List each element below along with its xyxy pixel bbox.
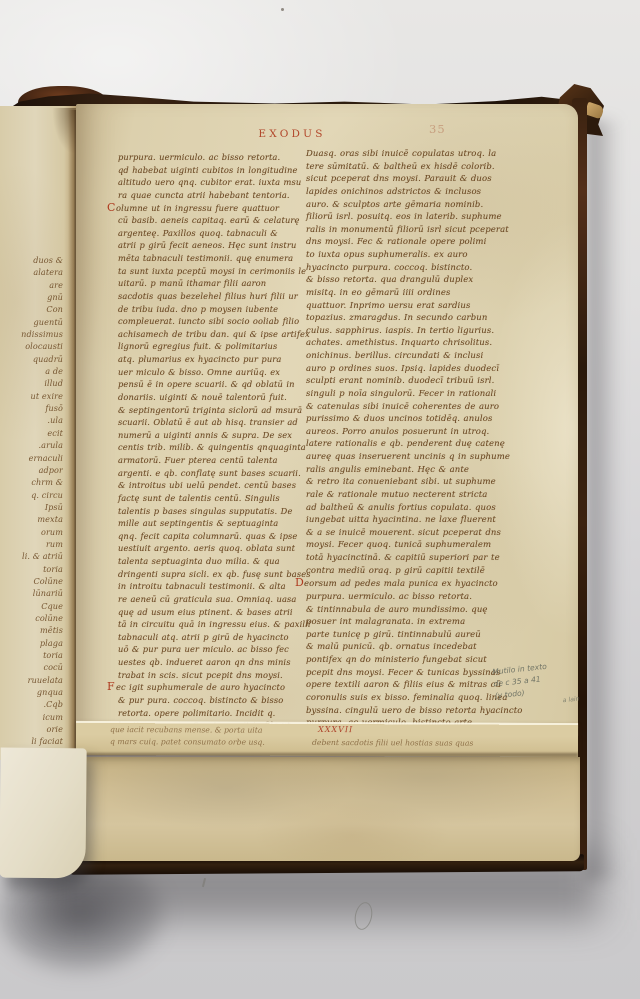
manuscript-line: centis trib. milib. & quingentis qnquagi… (118, 441, 322, 454)
line-text: & catenulas sibi inuicē coherentes de au… (306, 402, 499, 412)
line-text: hyacincto purpura. coccoq. bistincto. (306, 263, 472, 273)
line-text: sacdotis quas bezelehel filius huri fili… (118, 291, 298, 301)
line-text: compleuerat. iuncto sibi socio ooliab fi… (118, 316, 299, 326)
line-text: onichinus. berillus. circundati & inclus… (306, 351, 483, 361)
line-text: byssina. cingulū uero de bisso retorta h… (306, 706, 523, 716)
manuscript-line: & retro ita conueniebant sibi. ut suphum… (306, 476, 556, 489)
line-text: & pur pura. coccoq. bistincto & bisso (118, 695, 283, 705)
line-text: purissimo & duos uncinos totidēq. anulos (306, 414, 492, 424)
manuscript-line: & bisso retorta. qua drangulū duplex (306, 274, 556, 287)
facing-line-fragment: gnū (0, 291, 63, 303)
manuscript-line: in introitu tabnaculi testimonii. & alta (118, 580, 322, 593)
manuscript-line: quę ad usum eius ptinent. & bases atrii (118, 606, 322, 619)
manuscript-line: tā in circuitu quā in ingressu eius. & p… (118, 618, 322, 631)
facing-line-fragment: fusō (0, 402, 63, 414)
line-text: culus. sapphirus. iaspis. In tertio ligu… (306, 326, 494, 336)
line-text: ra quae cuncta atrii habebant tentoria. (118, 190, 290, 200)
manuscript-line: topazius. zmaragdus. In secundo carbun (306, 312, 556, 325)
manuscript-line: armatorū. Fuer pterea centū talenta (118, 454, 322, 467)
line-text: & tintinnabula de auro mundissimo. quę (306, 605, 488, 615)
facing-line-fragment: q. circu (0, 489, 63, 501)
line-text: auro. & sculptos arte gēmaria nominib. (306, 200, 483, 210)
facing-page-corner (0, 748, 87, 879)
facing-line-fragment: li. & atriū (0, 550, 63, 562)
facing-line-fragment: mētis (0, 624, 63, 636)
line-text: quattuor. Inprimo uersu erat sardius (306, 301, 470, 311)
manuscript-line: compleuerat. iuncto sibi socio ooliab fi… (118, 315, 322, 328)
manuscript-line: uō & pur pura uer miculo. ac bisso fec (118, 643, 322, 656)
facing-line-fragment: a de (0, 365, 63, 377)
folded-page-bottom (74, 757, 580, 861)
line-text: singuli p noīa singulorū. Fecer in ratio… (306, 389, 496, 399)
line-text: re aeneū cū graticula sua. Omniaq. uasa (118, 594, 296, 604)
manuscript-line: purpura. uermiculo. ac bisso retorta. (306, 591, 556, 604)
facing-line-fragment: ruuelata (0, 674, 63, 686)
manuscript-line: achates. amethistus. Inquarto chrisolitu… (306, 337, 556, 350)
manuscript-line: ralis angulis eminebant. Hęc & ante (306, 464, 556, 477)
line-text: achisamech de tribu dan. qui & ipse arti… (118, 329, 310, 339)
manuscript-line: rale & rationale mutuo necterent stricta (306, 489, 556, 502)
manuscript-line: & septingentorū triginta siclorū ad msur… (118, 404, 322, 417)
text-column-right: Duasq. oras sibi inuicē copulatas utroq.… (306, 148, 556, 742)
line-text: atrii p girū fecit aeneos. Hęc sunt inst… (118, 240, 296, 250)
manuscript-line: & pur pura. coccoq. bistincto & bisso (118, 694, 322, 707)
manuscript-line: lignorū egregius fuit. & polimitarius (118, 340, 322, 353)
line-text: qnq. fecit capita columnarū. quas & ipse (118, 531, 297, 541)
manuscript-line: donariis. uiginti & nouē talentorū fuit. (118, 391, 322, 404)
manuscript-line: sculpti erant nominib. duodecī tribuū is… (306, 375, 556, 388)
manuscript-line: uer miculo & bisso. Omne auriūq. ex (118, 366, 322, 379)
line-text: filiorū isrl. posuitq. eos in laterib. s… (306, 212, 502, 222)
line-text: qd habebat uiginti cubitos in longitudin… (118, 165, 298, 175)
manuscript-line: quattuor. Inprimo uersu erat sardius (306, 300, 556, 313)
fold-text-line: q mars cuiq. patet consumato orbe usq. (110, 737, 265, 747)
facing-line-fragment: colūne (0, 612, 63, 624)
line-text: aureos. Porro anulos posuerunt in utroq. (306, 427, 489, 437)
manuscript-line: & introitus ubi uelū pendet. centū bases (118, 479, 322, 492)
line-text: pcepit dns moysi. Fecer & tunicas byssin… (306, 668, 500, 678)
facing-line-fragment: & chrm (0, 476, 63, 488)
manuscript-line: aureę quas inseruerent uncinis q in suph… (306, 451, 556, 464)
line-text: aureę quas inseruerent uncinis q in suph… (306, 452, 510, 462)
facing-line-fragment: cocū (0, 661, 63, 673)
facing-line-fragment: Colūne (0, 575, 63, 587)
line-text: coronulis suis ex bisso. feminalia quoq.… (306, 693, 508, 703)
manuscript-line: & malū punicū. qb. ornatus incedebat (306, 641, 556, 654)
facing-line-fragment: lūnariū (0, 587, 63, 599)
manuscript-line: purissimo & duos uncinos totidēq. anulos (306, 413, 556, 426)
line-text: posuer int malagranata. in extrema (306, 617, 465, 627)
line-text: & a se inuicē mouerent. sicut pceperat d… (306, 528, 501, 538)
facing-page-strip: & duosalateraaregnūConguentūndissimusolo… (0, 106, 78, 760)
rubric-initial: F (107, 681, 116, 694)
line-text: pontifex qn do ministerio fungebat sicut (306, 655, 487, 665)
manuscript-line: lapides onichinos adstrictos & inclusos (306, 186, 556, 199)
manuscript-line: trabat in scis. sicut pcepit dns moysi. (118, 669, 322, 682)
facing-line-fragment: Cque (0, 600, 63, 612)
line-text: uitarū. p manū ithamar filii aaron (118, 278, 266, 288)
manuscript-line: singuli p noīa singulorū. Fecer in ratio… (306, 388, 556, 401)
line-text: dringenti supra sicli. ex qb. fusę sunt … (118, 569, 311, 579)
line-text: quę ad usum eius ptinent. & bases atrii (118, 607, 293, 617)
line-text: tabnaculi atq. atrii p girū de hyacincto (118, 632, 289, 642)
facing-line-fragment: Con (0, 303, 63, 315)
line-text: olumne ut in ingressu fuere quattuor (116, 203, 279, 213)
manuscript-photo: & duosalateraaregnūConguentūndissimusolo… (0, 0, 640, 999)
line-text: lignorū egregius fuit. & polimitarius (118, 341, 277, 351)
manuscript-line: Deorsum ad pedes mala punica ex hyacinct… (306, 577, 556, 591)
line-text: auro p ordines suos. Ipsiq. lapides duod… (306, 364, 499, 374)
line-text: atq. plumarius ex hyacincto pur pura (118, 354, 281, 364)
manuscript-line: argenteę. Paxillos quoq. tabnaculi & (118, 227, 322, 240)
line-text: rale & rationale mutuo necterent stricta (306, 490, 487, 500)
facing-line-fragment: ernaculi (0, 452, 63, 464)
facing-line-fragment: ut exire (0, 390, 63, 402)
line-text: & retro ita conueniebant sibi. ut suphum… (306, 477, 496, 487)
dust-speck (281, 8, 284, 11)
line-text: ec igit suphumerale de auro hyacincto (116, 682, 285, 692)
folio-number: 35 (429, 122, 459, 136)
line-text: lapides onichinos adstrictos & inclusos (306, 187, 481, 197)
manuscript-line: re aeneū cū graticula sua. Omniaq. uasa (118, 593, 322, 606)
manuscript-line: de tribu iuda. dno p moysen iubente (118, 303, 322, 316)
manuscript-line: qnq. fecit capita columnarū. quas & ipse (118, 530, 322, 543)
manuscript-line: achisamech de tribu dan. qui & ipse arti… (118, 328, 322, 341)
manuscript-line: mille aut septingentis & septuaginta (118, 517, 322, 530)
manuscript-line: ta sunt iuxta pceptū moysi in cerimoniis… (118, 265, 322, 278)
line-text: eorsum ad pedes mala punica ex hyacincto (304, 579, 498, 589)
manuscript-line: auro p ordines suos. Ipsiq. lapides duod… (306, 363, 556, 376)
line-text: uestes qb. indueret aaron qn dns minis (118, 657, 291, 667)
line-text: topazius. zmaragdus. In secundo carbun (306, 313, 487, 323)
manuscript-line: parte tunicę p girū. tintinnabulū aureū (306, 629, 556, 642)
line-text: opere textili aaron & filiis eius & mitr… (306, 680, 501, 690)
facing-line-fragment: are (0, 279, 63, 291)
manuscript-line: tere sūmitatū. & baltheū ex hisdē colori… (306, 161, 556, 174)
manuscript-line: cū basib. aeneis capitaq. earū & celatur… (118, 214, 322, 227)
facing-line-fragment: plaga (0, 637, 63, 649)
facing-line-fragment: li faciat (0, 735, 63, 747)
line-text: Duasq. oras sibi inuicē copulatas utroq.… (306, 149, 496, 159)
manuscript-line: uestes qb. indueret aaron qn dns minis (118, 656, 322, 669)
manuscript-line: filiorū isrl. posuitq. eos in laterib. s… (306, 211, 556, 224)
line-text: altitudo uero qnq. cubitor erat. iuxta m… (118, 177, 301, 187)
facing-line-fragment: alatera (0, 266, 63, 278)
line-text: talentis p bases singulas supputatis. De (118, 506, 292, 516)
line-text: purpura. uermiculo. ac bisso retorta. (118, 152, 280, 162)
line-text: contra mediū oraq. p girū capitii textil… (306, 566, 485, 576)
manuscript-line: dringenti supra sicli. ex qb. fusę sunt … (118, 568, 322, 581)
manuscript-line: & catenulas sibi inuicē coherentes de au… (306, 401, 556, 414)
line-text: cū basib. aeneis capitaq. earū & celatur… (118, 215, 300, 225)
manuscript-line: ra quae cuncta atrii habebant tentoria. (118, 189, 322, 202)
line-text: armatorū. Fuer pterea centū talenta (118, 455, 278, 465)
facing-line-fragment: arula. (0, 439, 63, 451)
fold-text-line: que iacit recubans mense. & porta uita (110, 725, 262, 735)
manuscript-line: atrii p girū fecit aeneos. Hęc sunt inst… (118, 239, 322, 252)
manuscript-line: ralis in monumentū filiorū isrl sicut pc… (306, 224, 556, 237)
manuscript-line: ad baltheū & anulis fortius copulata. qu… (306, 502, 556, 515)
line-text: parte tunicę p girū. tintinnabulū aureū (306, 630, 481, 640)
manuscript-line: talentis p bases singulas supputatis. De (118, 505, 322, 518)
manuscript-line: aureos. Porro anulos posuerunt in utroq. (306, 426, 556, 439)
line-text: latere rationalis e qb. penderent duę ca… (306, 439, 505, 449)
manuscript-line: & tintinnabula de auro mundissimo. quę (306, 604, 556, 617)
line-text: tere sūmitatū. & baltheū ex hisdē colori… (306, 162, 495, 172)
line-text: trabat in scis. sicut pcepit dns moysi. (118, 670, 283, 680)
line-text: uer miculo & bisso. Omne auriūq. ex (118, 367, 280, 377)
facing-line-fragment: & duos (0, 254, 63, 266)
manuscript-line: numerū a uiginti annis & supra. De sex (118, 429, 322, 442)
manuscript-line: uitarū. p manū ithamar filii aaron (118, 277, 322, 290)
manuscript-line: Fec igit suphumerale de auro hyacincto (118, 681, 322, 694)
facing-line-fragment: orie (0, 723, 63, 735)
line-text: in introitu tabnaculi testimonii. & alta (118, 581, 286, 591)
manuscript-line: posuer int malagranata. in extrema (306, 616, 556, 629)
manuscript-line: contra mediū oraq. p girū capitii textil… (306, 565, 556, 578)
line-text: tā in circuitu quā in ingressu eius. & p… (118, 619, 311, 629)
manuscript-line: retorta. opere polimitario. Incidit q. (118, 707, 322, 720)
facing-line-fragment: rum (0, 538, 63, 550)
line-text: ta sunt iuxta pceptū moysi in cerimoniis… (118, 266, 306, 276)
manuscript-line: tabnaculi atq. atrii p girū de hyacincto (118, 631, 322, 644)
page-fold-strip: que iacit recubans mense. & porta uita q… (76, 721, 578, 757)
line-text: totā hyacinctinā. & capitiū superiori pa… (306, 553, 500, 563)
manuscript-line: moysi. Fecer quoq. tunicā suphumeralem (306, 539, 556, 552)
book-shadow-right (586, 120, 626, 880)
manuscript-line: misitq. in eo gēmarū iiii ordines (306, 287, 556, 300)
facing-line-fragment: olocausti (0, 340, 63, 352)
line-text: ralis in monumentū filiorū isrl sicut pc… (306, 225, 509, 235)
line-text: moysi. Fecer quoq. tunicā suphumeralem (306, 540, 491, 550)
pencil-margin-note: Mutilo in texto de c 35 a 41 (y todo) a … (492, 658, 581, 715)
manuscript-line: totā hyacinctinā. & capitiū superiori pa… (306, 552, 556, 565)
facing-line-fragment: illud (0, 377, 63, 389)
manuscript-line: scuarii. Oblatū ē aut ab hisq. transier … (118, 416, 322, 429)
manuscript-line: latere rationalis e qb. penderent duę ca… (306, 438, 556, 451)
manuscript-line: Columne ut in ingressu fuere quattuor (118, 202, 322, 215)
text-column-left: purpura. uermiculo. ac bisso retorta.qd … (118, 151, 322, 744)
line-text: & introitus ubi uelū pendet. centū bases (118, 480, 296, 490)
line-text: dns moysi. Fec & rationale opere polimi (306, 237, 486, 247)
facing-line-fragment: Ipsū (0, 501, 63, 513)
fold-chapter-numeral: XXXVII (318, 725, 353, 734)
facing-line-fragment: ndissimus (0, 328, 63, 340)
line-text: purpura. uermiculo. ac bisso retorta. (306, 592, 472, 602)
line-text: mēta tabnaculi testimonii. quę enumera (118, 253, 293, 263)
line-text: numerū a uiginti annis & supra. De sex (118, 430, 292, 440)
line-text: & malū punicū. qb. ornatus incedebat (306, 642, 477, 652)
manuscript-line: qd habebat uiginti cubitos in longitudin… (118, 164, 322, 177)
line-text: achates. amethistus. Inquarto chrisolitu… (306, 338, 492, 348)
manuscript-line: sicut pceperat dns moysi. Parauit & duos (306, 173, 556, 186)
manuscript-line: sacdotis quas bezelehel filius huri fili… (118, 290, 322, 303)
line-text: iungebat uitta hyacintina. ne laxe fluer… (306, 515, 496, 525)
manuscript-line: onichinus. berillus. circundati & inclus… (306, 350, 556, 363)
facing-line-fragment: quadrū (0, 353, 63, 365)
manuscript-line: dns moysi. Fec & rationale opere polimi (306, 236, 556, 249)
manuscript-line: Duasq. oras sibi inuicē copulatas utroq.… (306, 148, 556, 161)
facing-line-fragment: ecit (0, 427, 63, 439)
line-text: talenta septuaginta duo milia. & qua (118, 556, 280, 566)
line-text: argenti. e qb. conflatę sunt bases scuar… (118, 468, 301, 478)
facing-line-fragment: toria (0, 649, 63, 661)
facing-line-fragment: icum (0, 711, 63, 723)
manuscript-line: argenti. e qb. conflatę sunt bases scuar… (118, 467, 322, 480)
manuscript-line: atq. plumarius ex hyacincto pur pura (118, 353, 322, 366)
manuscript-line: mēta tabnaculi testimonii. quę enumera (118, 252, 322, 265)
line-text: retorta. opere polimitario. Incidit q. (118, 708, 275, 718)
manuscript-line: & a se inuicē mouerent. sicut pceperat d… (306, 527, 556, 540)
line-text: to iuxta opus suphumeralis. ex auro (306, 250, 468, 260)
line-text: uestiuit argento. aeris quoq. oblata sun… (118, 543, 295, 553)
manuscript-line: pensū ē in opere scuarii. & qd oblatū in (118, 378, 322, 391)
line-text: pensū ē in opere scuarii. & qd oblatū in (118, 379, 295, 389)
line-text: de tribu iuda. dno p moysen iubente (118, 304, 278, 314)
line-text: mille aut septingentis & septuaginta (118, 518, 278, 528)
manuscript-line: factę sunt de talentis centū. Singulis (118, 492, 322, 505)
manuscript-line: hyacincto purpura. coccoq. bistincto. (306, 262, 556, 275)
rubric-initial: D (295, 577, 304, 590)
line-text: uō & pur pura uer miculo. ac bisso fec (118, 644, 289, 654)
facing-line-fragment: guentū (0, 316, 63, 328)
manuscript-line: iungebat uitta hyacintina. ne laxe fluer… (306, 514, 556, 527)
manuscript-line: auro. & sculptos arte gēmaria nominib. (306, 199, 556, 212)
line-text: ad baltheū & anulis fortius copulata. qu… (306, 503, 496, 513)
line-text: sicut pceperat dns moysi. Parauit & duos (306, 174, 492, 184)
facing-line-fragment: orum (0, 526, 63, 538)
line-text: centis trib. milib. & quingentis qnquagi… (118, 442, 306, 452)
facing-line-fragment: mexta (0, 513, 63, 525)
line-text: argenteę. Paxillos quoq. tabnaculi & (118, 228, 278, 238)
manuscript-line: purpura. uermiculo. ac bisso retorta. (118, 151, 322, 164)
line-text: scuarii. Oblatū ē aut ab hisq. transier … (118, 417, 298, 427)
fold-text-line: debent sacdotis filii uel hostias suas q… (312, 738, 473, 748)
line-text: misitq. in eo gēmarū iiii ordines (306, 288, 450, 298)
line-text: factę sunt de talentis centū. Singulis (118, 493, 280, 503)
facing-line-fragment: ula. (0, 414, 63, 426)
manuscript-line: talenta septuaginta duo milia. & qua (118, 555, 322, 568)
manuscript-line: altitudo uero qnq. cubitor erat. iuxta m… (118, 176, 322, 189)
facing-line-fragment: toria (0, 563, 63, 575)
manuscript-line: uestiuit argento. aeris quoq. oblata sun… (118, 542, 322, 555)
rubric-initial: C (107, 202, 116, 215)
manuscript-line: to iuxta opus suphumeralis. ex auro (306, 249, 556, 262)
line-text: & bisso retorta. qua drangulū duplex (306, 275, 473, 285)
line-text: sculpti erant nominib. duodecī tribuū is… (306, 376, 494, 386)
running-title: EXODUS (246, 128, 338, 140)
line-text: ralis angulis eminebant. Hęc & ante (306, 465, 469, 475)
manuscript-line: culus. sapphirus. iaspis. In tertio ligu… (306, 325, 556, 338)
facing-line-fragment: adpor (0, 464, 63, 476)
line-text: donariis. uiginti & nouē talentorū fuit. (118, 392, 287, 402)
facing-line-fragment: Cqb. (0, 698, 63, 710)
line-text: & septingentorū triginta siclorū ad msur… (118, 405, 302, 415)
facing-line-fragment: gnqua (0, 686, 63, 698)
